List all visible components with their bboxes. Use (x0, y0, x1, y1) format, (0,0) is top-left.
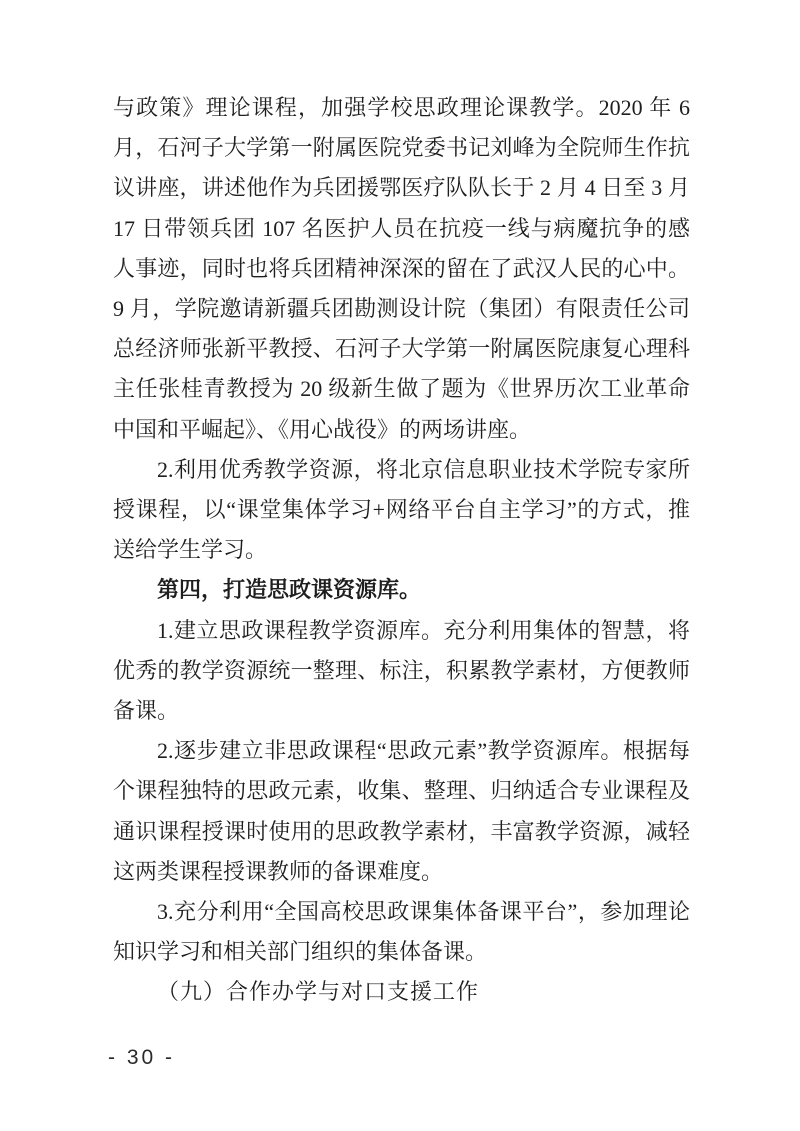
page-number: - 30 - (108, 1046, 175, 1070)
paragraph-continuation: 与政策》理论课程，加强学校思政理论课教学。2020 年 6 月，石河子大学第一附… (113, 88, 690, 450)
document-body: 与政策》理论课程，加强学校思政理论课教学。2020 年 6 月，石河子大学第一附… (113, 88, 690, 1013)
paragraph-item-2b: 2.逐步建立非思政课程“思政元素”教学资源库。根据每个课程独特的思政元素，收集、… (113, 731, 690, 892)
paragraph-item-3: 3.充分利用“全国高校思政课集体备课平台”，参加理论知识学习和相关部门组织的集体… (113, 892, 690, 972)
subsection-heading: （九）合作办学与对口支援工作 (113, 972, 690, 1012)
document-page: 与政策》理论课程，加强学校思政理论课教学。2020 年 6 月，石河子大学第一附… (0, 0, 800, 1131)
paragraph-item-1: 1.建立思政课程教学资源库。充分利用集体的智慧，将优秀的教学资源统一整理、标注，… (113, 611, 690, 732)
paragraph-item-2: 2.利用优秀教学资源，将北京信息职业技术学院专家所授课程，以“课堂集体学习+网络… (113, 450, 690, 571)
section-heading: 第四，打造思政课资源库。 (113, 570, 690, 610)
